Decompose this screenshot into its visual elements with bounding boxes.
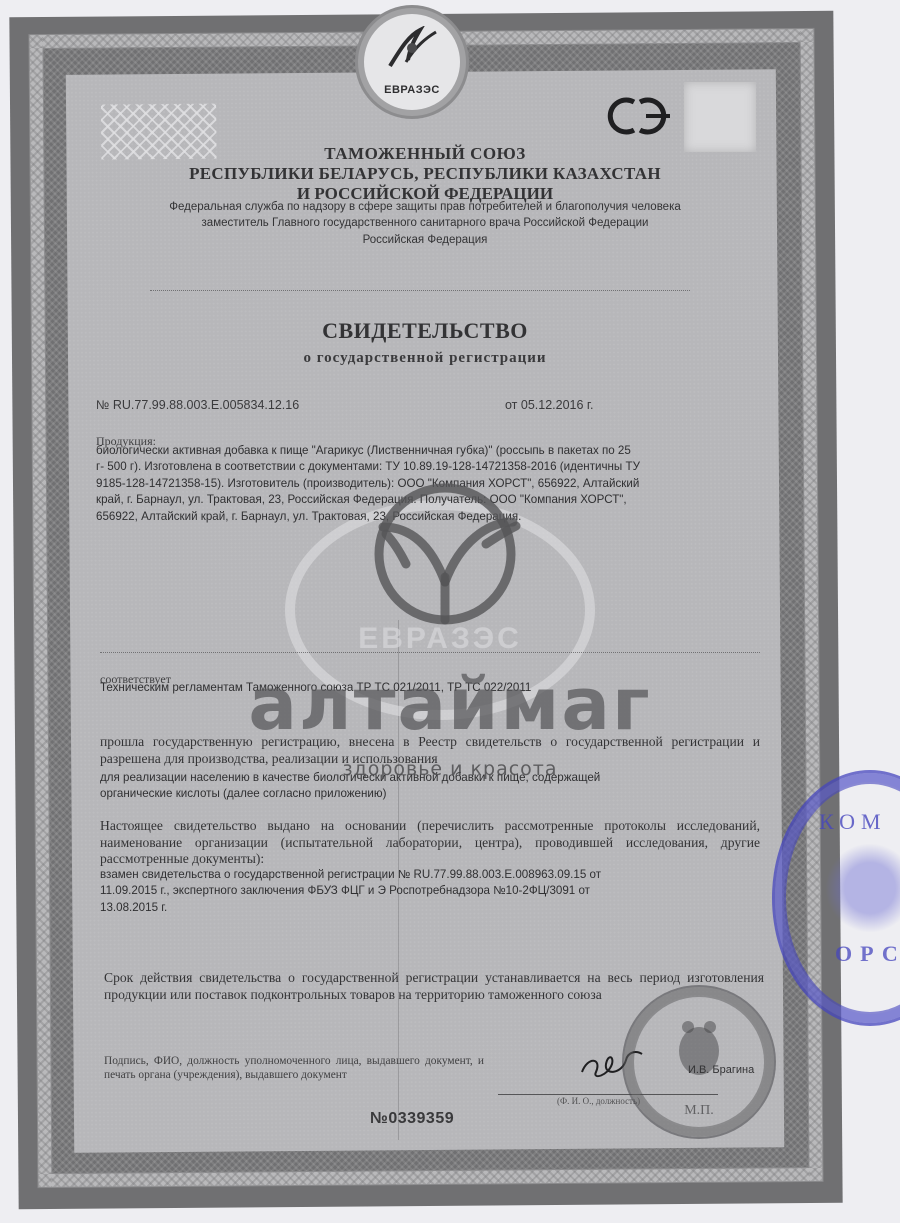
header-line-2: РЕСПУБЛИКИ БЕЛАРУСЬ, РЕСПУБЛИКИ КАЗАХСТА… <box>80 164 770 184</box>
basis-line: взамен свидетельства о государственной р… <box>100 867 740 883</box>
emblem-label: ЕВРАЗЭС <box>364 84 460 96</box>
russian-coat-of-arms-icon <box>684 82 756 152</box>
altaimag-brand-watermark: алтаймаг <box>215 668 685 740</box>
product-line: г- 500 г). Изготовлена в соответствии с … <box>96 459 786 475</box>
basis-documents: взамен свидетельства о государственной р… <box>100 867 740 916</box>
altaimag-leaf-logo-icon <box>348 482 548 632</box>
certificate-subtitle: о государственной регистрации <box>80 350 770 367</box>
registration-number: № RU.77.99.88.003.Е.005834.12.16 <box>96 398 299 412</box>
official-seal: М.П. <box>622 985 776 1139</box>
eurasec-emblem-icon <box>386 26 438 70</box>
basis-line: 11.09.2015 г., экспертного заключения ФБ… <box>100 883 740 899</box>
authority-line-3: Российская Федерация <box>85 232 765 248</box>
eurasec-emblem: ЕВРАЗЭС <box>358 8 466 116</box>
seal-center-emblem <box>825 843 900 933</box>
fine-print-rule <box>100 652 760 654</box>
document-number: №0339359 <box>370 1110 454 1128</box>
authority-line-1: Федеральная служба по надзору в сфере за… <box>85 199 765 215</box>
signature-label: Подпись, ФИО, должность уполномоченного … <box>104 1054 484 1082</box>
basis-statement: Настоящее свидетельство выдано на основа… <box>100 818 760 868</box>
se-conformity-mark-icon <box>600 96 674 136</box>
certificate-title: СВИДЕТЕЛЬСТВО <box>80 318 770 344</box>
fine-print-rule <box>150 290 690 292</box>
seal-mark-label: М.П. <box>624 1103 774 1119</box>
altaimag-tagline: здоровье и красота <box>310 758 590 780</box>
basis-line: 13.08.2015 г. <box>100 900 740 916</box>
authority-line-2: заместитель Главного государственного са… <box>85 215 765 231</box>
company-seal-text-top: КОМ <box>819 809 887 835</box>
product-line: биологически активная добавка к пище "Аг… <box>96 443 786 459</box>
usage-line: органические кислоты (далее согласно при… <box>100 786 760 802</box>
registration-date: от 05.12.2016 г. <box>505 398 593 412</box>
signer-name: И.В. Брагина <box>688 1064 754 1076</box>
company-seal-text-bottom: ОРС <box>835 941 900 967</box>
header-line-1: ТАМОЖЕННЫЙ СОЮЗ <box>80 144 770 164</box>
